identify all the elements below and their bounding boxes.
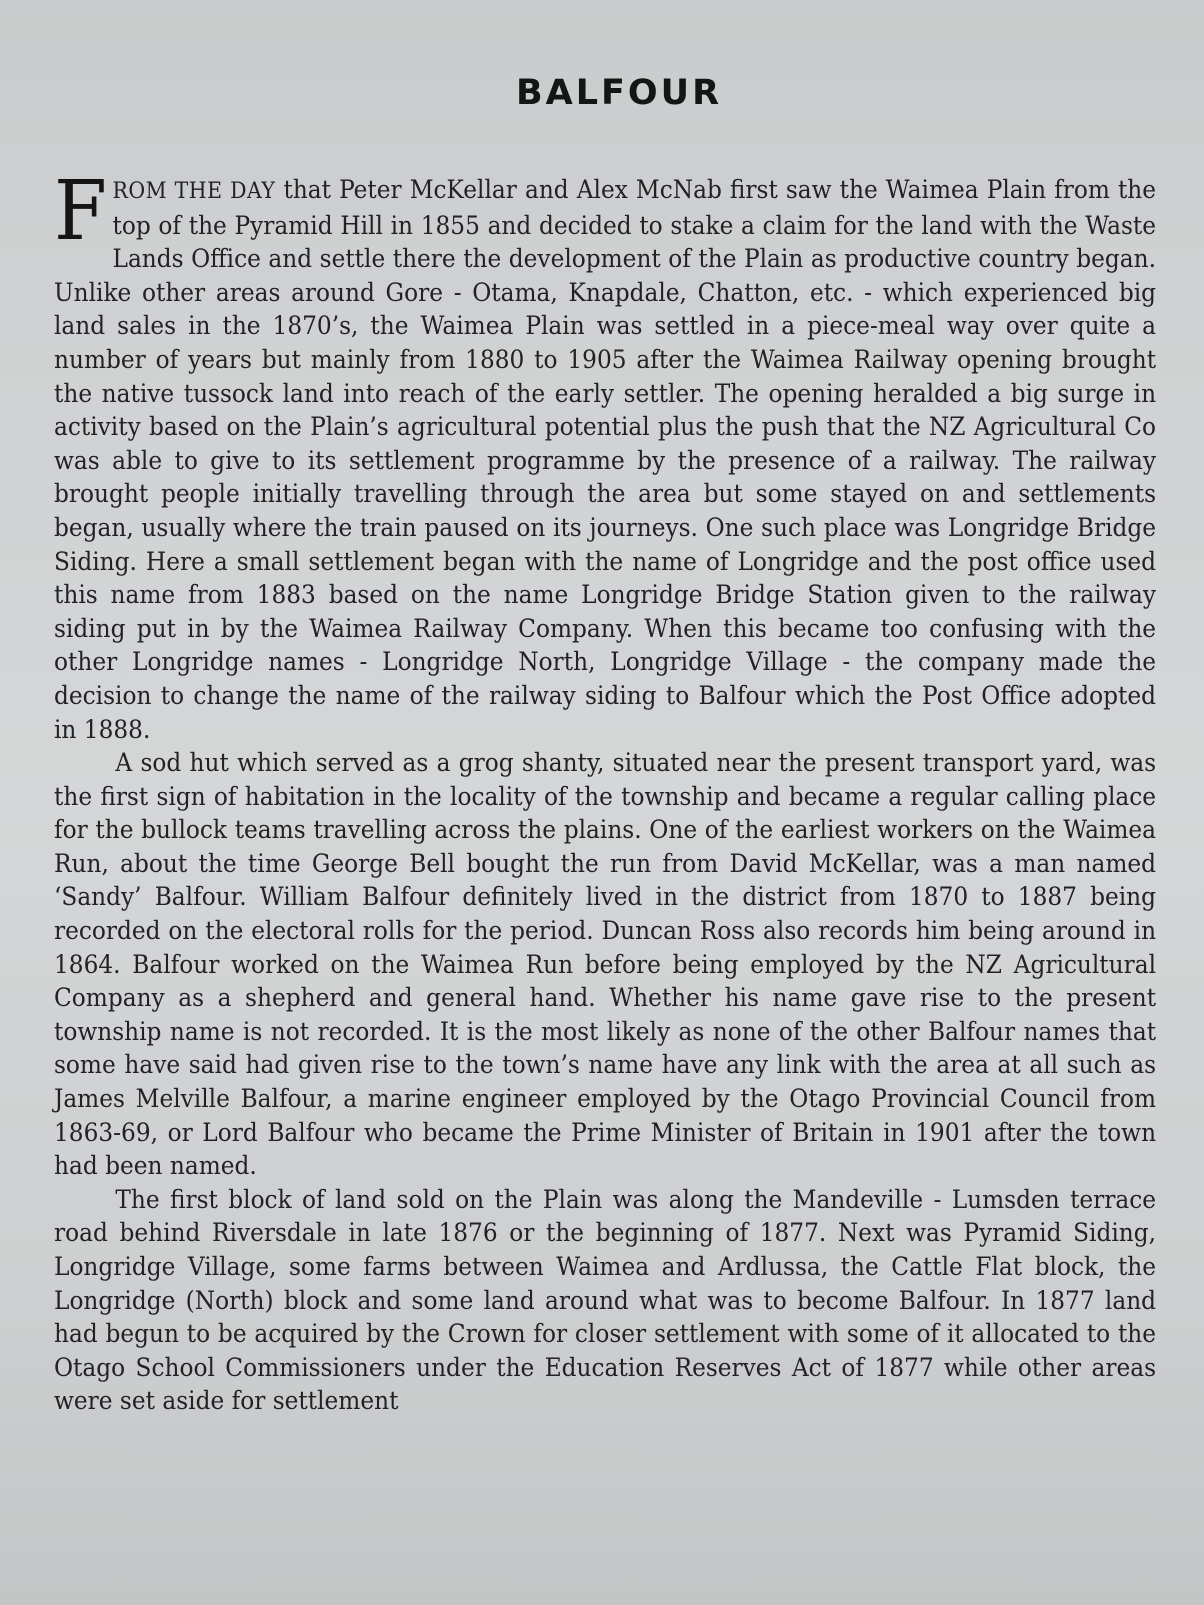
paragraph-1: FROM THE DAY that Peter McKellar and Ale… bbox=[54, 173, 1156, 746]
lead-in-text: ROM THE DAY bbox=[113, 179, 276, 204]
paragraph-text: that Peter McKellar and Alex McNab first… bbox=[54, 175, 1156, 744]
paragraph-3: The first block of land sold on the Plai… bbox=[54, 1183, 1156, 1418]
paragraph-2: A sod hut which served as a grog shanty,… bbox=[54, 746, 1156, 1183]
paragraph-text: A sod hut which served as a grog shanty,… bbox=[54, 748, 1156, 1180]
article-body: FROM THE DAY that Peter McKellar and Ale… bbox=[54, 173, 1156, 1418]
paragraph-text: The first block of land sold on the Plai… bbox=[54, 1185, 1156, 1416]
page-title: BALFOUR bbox=[54, 73, 1184, 113]
drop-cap: F bbox=[54, 179, 107, 243]
